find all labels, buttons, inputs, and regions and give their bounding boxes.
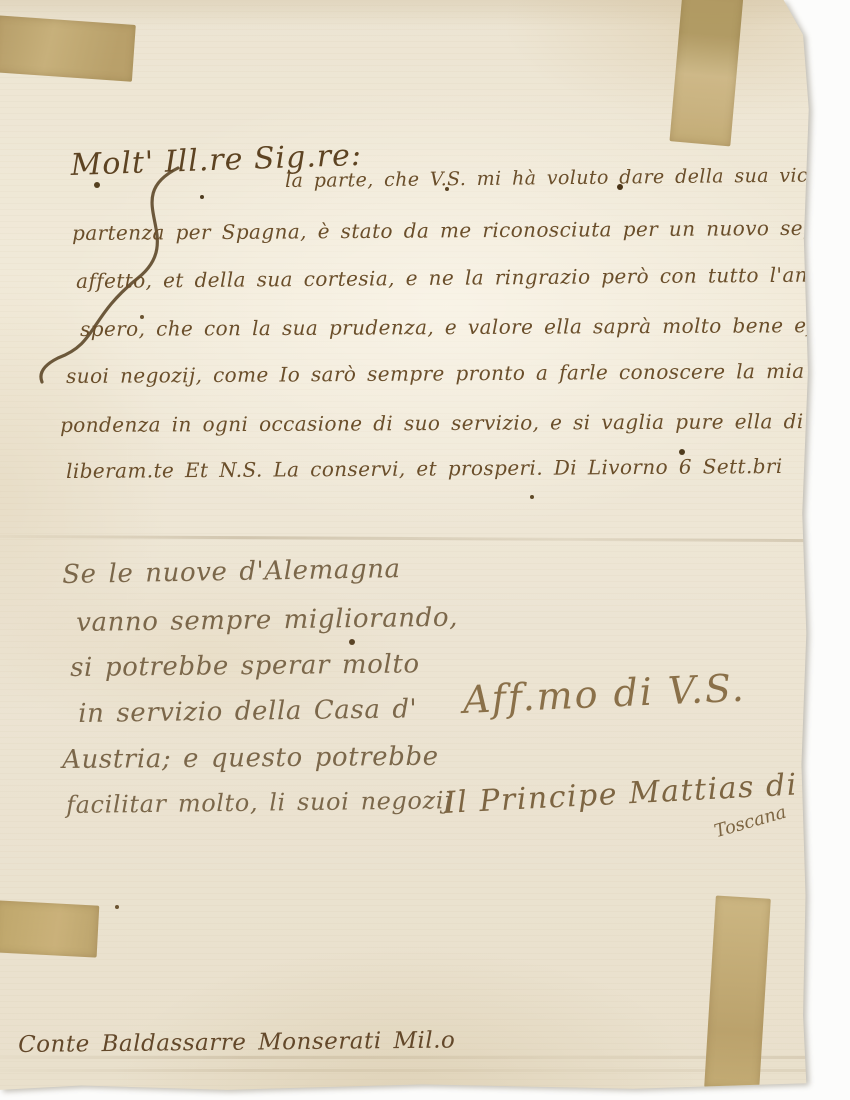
signature-place: Toscana xyxy=(712,802,789,843)
paper-surface: Molt' Ill.re Sig.re: la parte, che V.S. … xyxy=(0,0,812,1092)
tape-top-right xyxy=(669,0,743,146)
tape-bottom-left xyxy=(0,900,99,957)
postscript-line-4: in servizio della Casa d' xyxy=(78,694,418,729)
fold-crease xyxy=(0,1069,812,1072)
letter-body-line-1: la parte, che V.S. mi hà voluto dare del… xyxy=(285,164,839,192)
postscript-line-1: Se le nuove d'Alemagna xyxy=(62,554,401,590)
tape-bottom-right xyxy=(704,896,771,1091)
fold-crease xyxy=(0,535,812,542)
scanned-letter: Molt' Ill.re Sig.re: la parte, che V.S. … xyxy=(0,0,850,1100)
tape-top-left xyxy=(0,15,136,82)
letter-body-line-4: spero, che con la sua prudenza, e valore… xyxy=(80,313,850,341)
letter-body-line-2: partenza per Spagna, è stato da me ricon… xyxy=(72,215,850,245)
address-docket: Conte Baldassarre Monserati Mil.o xyxy=(18,1027,455,1058)
letter-body-line-5: suoi negozij, come Io sarò sempre pronto… xyxy=(66,358,850,388)
postscript-line-3: si potrebbe sperar molto xyxy=(70,649,420,683)
postscript-line-5: Austria; e questo potrebbe xyxy=(62,742,439,775)
letter-body-line-6: pondenza in ogni occasione di suo serviz… xyxy=(60,409,846,437)
closing-formula: Aff.mo di V.S. xyxy=(462,666,746,722)
letter-body-line-7: liberam.te Et N.S. La conservi, et prosp… xyxy=(66,454,783,483)
postscript-line-2: vanno sempre migliorando, xyxy=(76,603,458,638)
postscript-line-6: facilitar molto, li suoi negozij xyxy=(66,786,452,819)
ink-specks xyxy=(200,195,204,199)
paper-sheet: Molt' Ill.re Sig.re: la parte, che V.S. … xyxy=(0,0,812,1092)
letter-body-line-3: affetto, et della sua cortesia, e ne la … xyxy=(76,262,850,293)
